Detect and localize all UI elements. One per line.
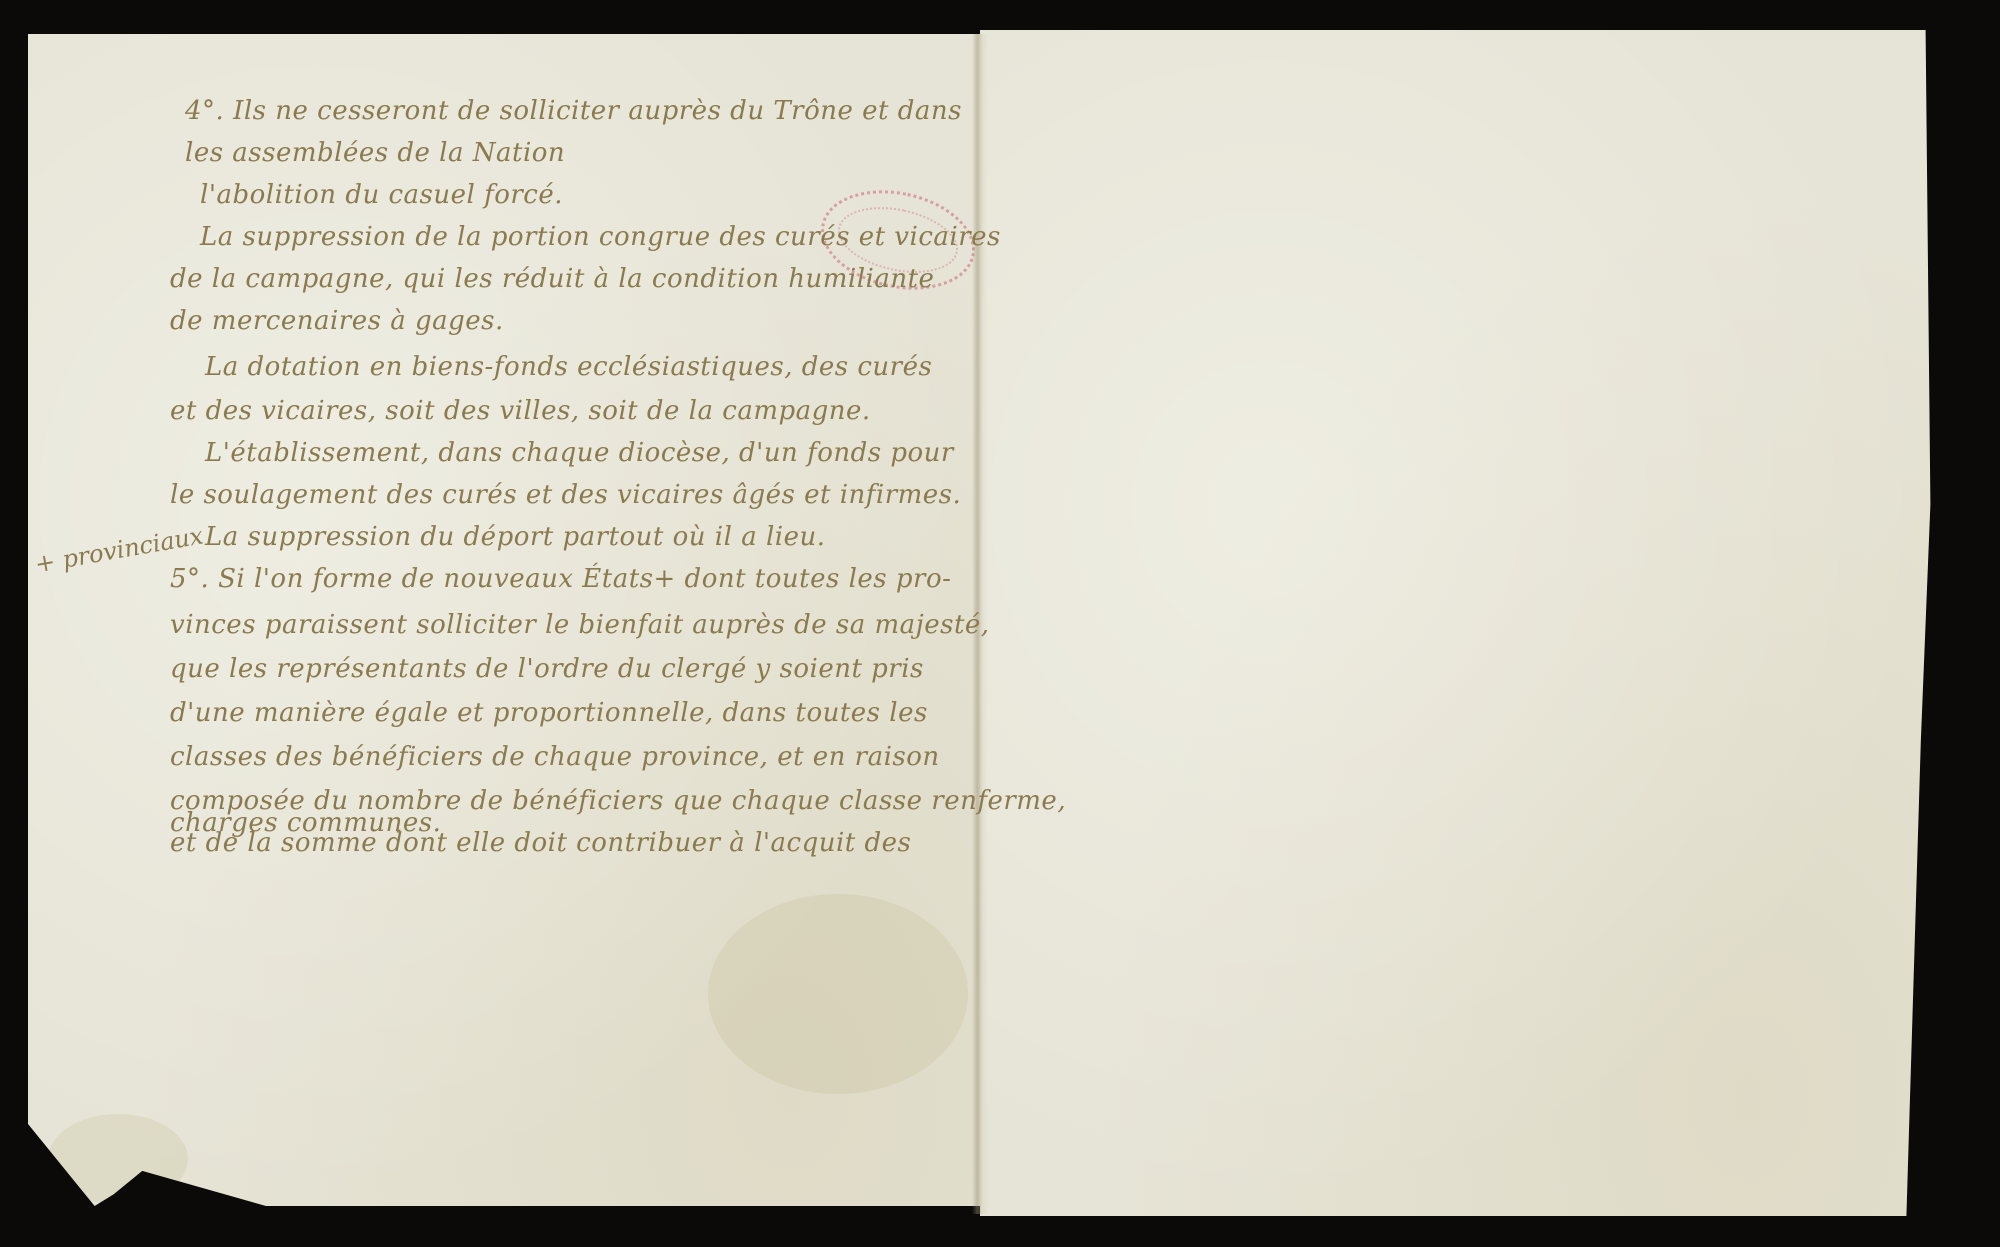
text-line: les assemblées de la Nation (185, 138, 565, 168)
text-line: charges communes. (170, 808, 441, 838)
text-line: que les représentants de l'ordre du cler… (170, 654, 924, 684)
text-line: 5°. Si l'on forme de nouveaux États+ don… (170, 564, 951, 594)
text-line: classes des bénéficiers de chaque provin… (170, 742, 940, 772)
text-line: et des vicaires, soit des villes, soit d… (170, 396, 871, 426)
text-line: l'abolition du casuel forcé. (200, 180, 563, 210)
corner-stain (48, 1114, 188, 1204)
right-page (980, 30, 1940, 1216)
text-line: de la campagne, qui les réduit à la cond… (170, 264, 934, 294)
text-line: le soulagement des curés et des vicaires… (170, 480, 961, 510)
water-stain (708, 894, 968, 1094)
text-line: 4°. Ils ne cesseront de solliciter auprè… (185, 96, 962, 126)
text-line: La dotation en biens-fonds ecclésiastiqu… (205, 352, 932, 382)
text-line: vinces paraissent solliciter le bienfait… (170, 610, 990, 640)
text-line: de mercenaires à gages. (170, 306, 504, 336)
text-line: La suppression de la portion congrue des… (200, 222, 1001, 252)
text-line: d'une manière égale et proportionnelle, … (170, 698, 928, 728)
text-line: L'établissement, dans chaque diocèse, d'… (205, 438, 954, 468)
text-line: La suppression du déport partout où il a… (205, 522, 826, 552)
